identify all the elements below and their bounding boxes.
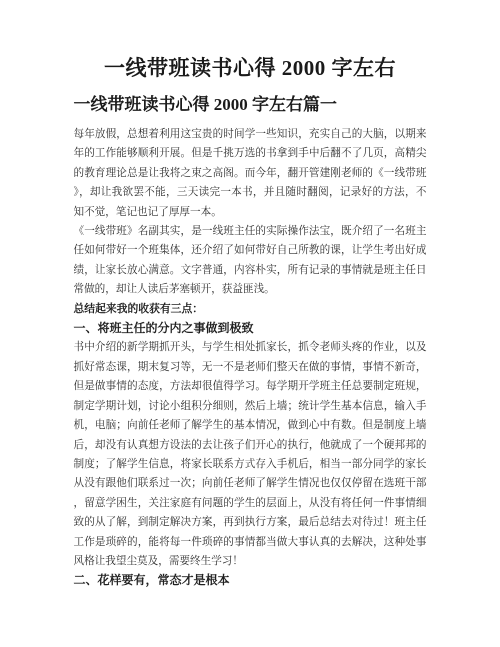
document-subtitle: 一线带班读书心得 2000 字左右篇一 (74, 94, 427, 116)
document-body: 每年放假，总想着利用这宝贵的时间学一些知识，充实自己的大脑，以期来年的工作能够顺… (74, 125, 427, 591)
lead-paragraph: 总结起来我的收获有三点： (74, 300, 427, 319)
document-title: 一线带班读书心得 2000 字左右 (74, 54, 427, 83)
paragraph: 每年放假，总想着利用这宝贵的时间学一些知识，充实自己的大脑，以期来年的工作能够顺… (74, 125, 427, 222)
paragraph: 《一线带班》名副其实，是一线班主任的实际操作法宝，既介绍了一名班主任如何带好一个… (74, 222, 427, 300)
document-content-column: 一线带班读书心得 2000 字左右 一线带班读书心得 2000 字左右篇一 每年… (74, 0, 427, 591)
document-page: 一线带班读书心得 2000 字左右 一线带班读书心得 2000 字左右篇一 每年… (0, 0, 500, 647)
section-heading: 一、将班主任的分内之事做到极致 (74, 319, 427, 338)
paragraph: 书中介绍的新学期抓开头，与学生相处抓家长，抓令老师头疼的作业，以及抓好常态课，期… (74, 338, 427, 571)
section-heading: 二、花样要有，常态才是根本 (74, 571, 427, 590)
